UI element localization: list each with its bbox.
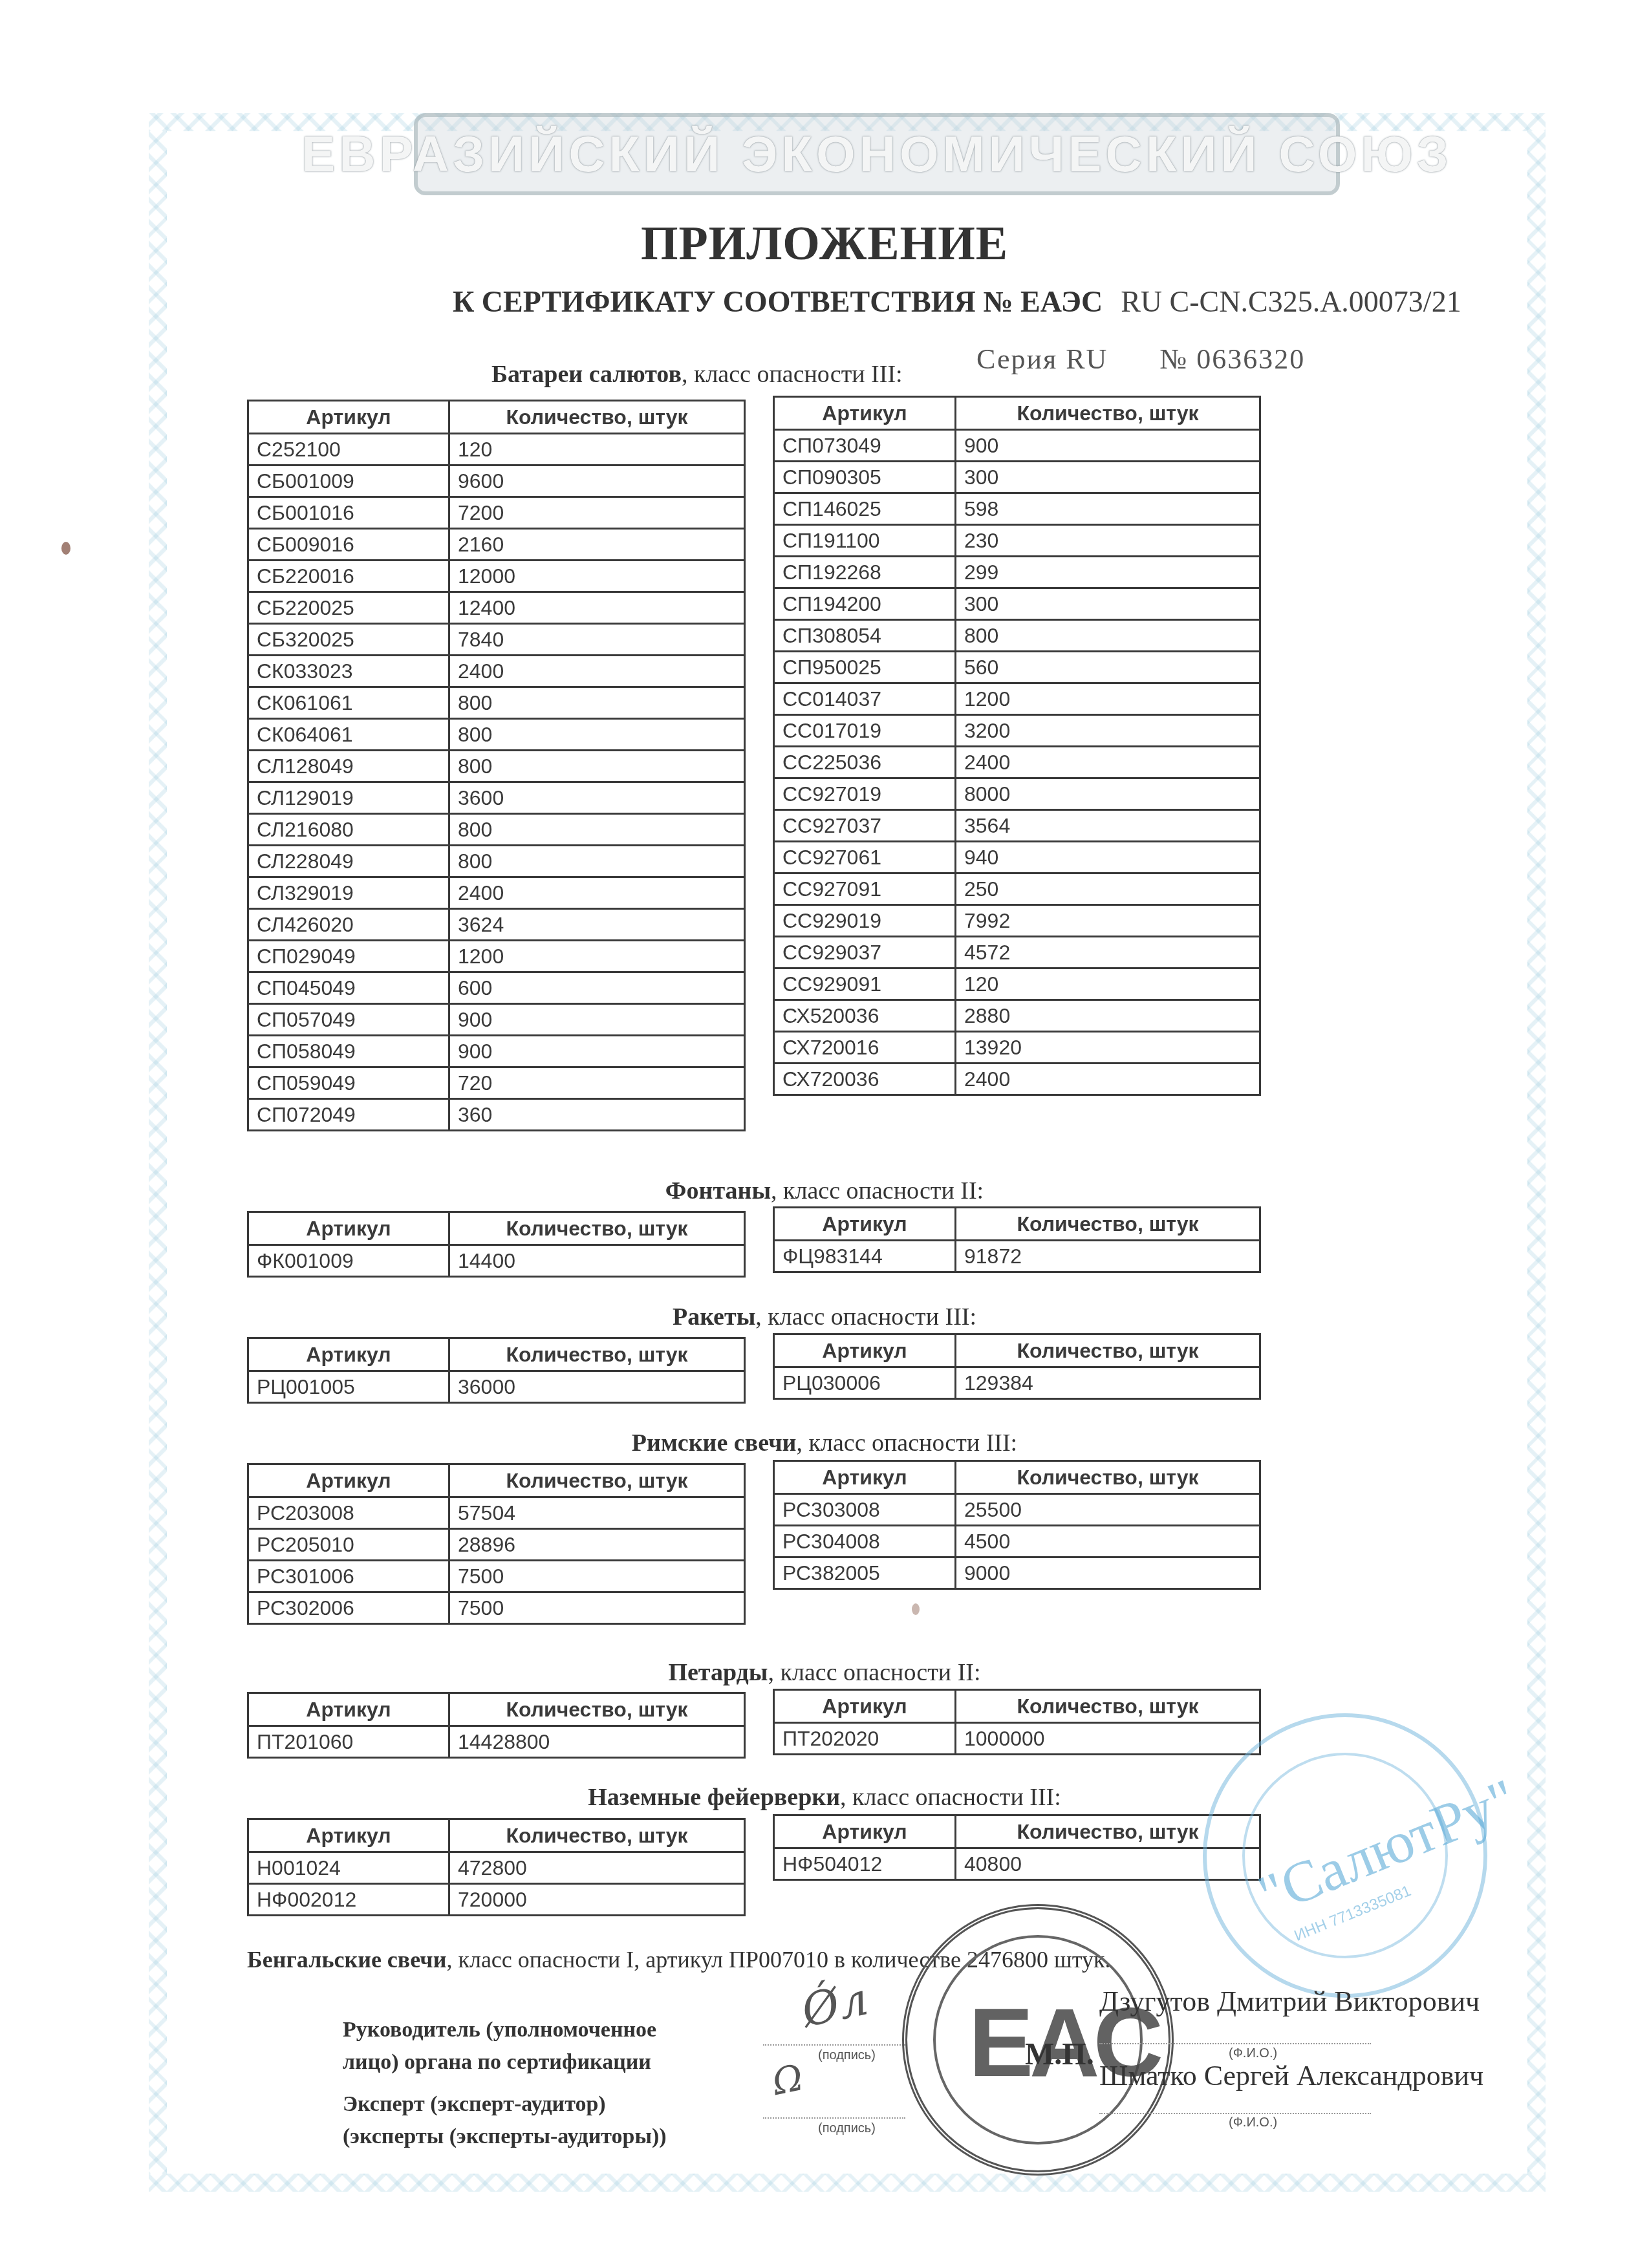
table-row: РЦ00100536000 — [248, 1371, 745, 1403]
article-cell: СБ220025 — [248, 592, 449, 624]
article-cell: ПТ202020 — [774, 1723, 956, 1755]
quantity-cell: 8000 — [956, 778, 1260, 810]
quantity-cell: 800 — [449, 751, 745, 782]
quantity-cell: 800 — [449, 814, 745, 846]
table-row: РС3040084500 — [774, 1526, 1260, 1557]
column-header-article: Артикул — [248, 1212, 449, 1245]
table-row: РС20300857504 — [248, 1497, 745, 1529]
column-header-article: Артикул — [248, 401, 449, 434]
quantity-cell: 900 — [449, 1036, 745, 1067]
table-row: СП045049600 — [248, 972, 745, 1004]
head-label: Руководитель (уполномоченное лицо) орган… — [343, 2014, 656, 2079]
table-row: СЛ228049800 — [248, 846, 745, 877]
certificate-number: RU C-CN.C325.A.00073/21 — [1121, 285, 1461, 318]
quantity-cell: 1200 — [449, 941, 745, 972]
article-cell: ПТ201060 — [248, 1726, 449, 1758]
table-row: СС927061940 — [774, 842, 1260, 873]
column-header-article: Артикул — [774, 1815, 956, 1848]
article-cell: ФК001009 — [248, 1245, 449, 1277]
quantity-cell: 2400 — [449, 656, 745, 687]
quantity-cell: 7200 — [449, 497, 745, 529]
article-cell: СБ001016 — [248, 497, 449, 529]
eaeu-banner: Евразийский экономический союз — [414, 113, 1340, 195]
quantity-cell: 120 — [449, 434, 745, 465]
article-cell: СС927091 — [774, 873, 956, 905]
batteries-table-left: АртикулКоличество, штукС252100120СБ00100… — [247, 400, 746, 1131]
quantity-cell: 13920 — [956, 1032, 1260, 1064]
quantity-cell: 900 — [956, 430, 1260, 462]
firecrackers-table-right: АртикулКоличество, штукПТ2020201000000 — [773, 1689, 1261, 1755]
quantity-cell: 14400 — [449, 1245, 745, 1277]
article-cell: СП057049 — [248, 1004, 449, 1036]
table-row: СП090305300 — [774, 462, 1260, 493]
firecrackers-table-left: АртикулКоличество, штукПТ20106014428800 — [247, 1692, 746, 1759]
article-cell: СС929037 — [774, 937, 956, 968]
fountains-table-left: АртикулКоличество, штукФК00100914400 — [247, 1211, 746, 1278]
head-full-name: Дзугутов Дмитрий Викторович — [1099, 1985, 1480, 2018]
table-row: СС929091120 — [774, 968, 1260, 1000]
section-title-rockets: Ракеты, класс опасности III: — [0, 1303, 1649, 1331]
table-row: СС0140371200 — [774, 683, 1260, 715]
column-header-quantity: Количество, штук — [956, 1690, 1260, 1723]
article-cell: СЛ128049 — [248, 751, 449, 782]
fountains-table-right: АртикулКоличество, штукФЦ98314491872 — [773, 1206, 1261, 1273]
article-cell: Н001024 — [248, 1852, 449, 1884]
table-header-row: АртикулКоличество, штук — [248, 1693, 745, 1726]
article-cell: СС014037 — [774, 683, 956, 715]
table-row: НФ002012720000 — [248, 1884, 745, 1916]
table-header-row: АртикулКоличество, штук — [774, 1690, 1260, 1723]
quantity-cell: 3564 — [956, 810, 1260, 842]
article-cell: СП072049 — [248, 1099, 449, 1131]
table-header-row: АртикулКоличество, штук — [248, 401, 745, 434]
article-cell: СБ009016 — [248, 529, 449, 561]
article-cell: СБ320025 — [248, 624, 449, 656]
certificate-reference: К СЕРТИФИКАТУ СООТВЕТСТВИЯ № ЕАЭСRU C-CN… — [453, 284, 1461, 319]
article-cell: РС301006 — [248, 1561, 449, 1592]
ground-fireworks-table-right: АртикулКоличество, штукНФ50401240800 — [773, 1814, 1261, 1881]
table-row: СС9290197992 — [774, 905, 1260, 937]
quantity-cell: 9600 — [449, 465, 745, 497]
table-header-row: АртикулКоличество, штук — [248, 1212, 745, 1245]
table-row: ФЦ98314491872 — [774, 1241, 1260, 1272]
quantity-cell: 4500 — [956, 1526, 1260, 1557]
table-row: С252100120 — [248, 434, 745, 465]
column-header-quantity: Количество, штук — [449, 1819, 745, 1852]
head-signature-caption: (подпись) — [818, 2048, 876, 2063]
table-header-row: АртикулКоличество, штук — [248, 1464, 745, 1497]
ground-fireworks-table-left: АртикулКоличество, штукН001024472800НФ00… — [247, 1818, 746, 1916]
series-value: № 0636320 — [1159, 343, 1305, 375]
quantity-cell: 129384 — [956, 1367, 1260, 1399]
table-row: СЛ1290193600 — [248, 782, 745, 814]
quantity-cell: 360 — [449, 1099, 745, 1131]
expert-full-name: Шматко Сергей Александрович — [1099, 2059, 1483, 2092]
quantity-cell: 720000 — [449, 1884, 745, 1916]
table-row: РЦ030006129384 — [774, 1367, 1260, 1399]
article-cell: СП059049 — [248, 1067, 449, 1099]
article-cell: СК064061 — [248, 719, 449, 751]
scan-speck — [61, 542, 70, 555]
article-cell: СС017019 — [774, 715, 956, 747]
article-cell: СП950025 — [774, 652, 956, 683]
quantity-cell: 57504 — [449, 1497, 745, 1529]
table-row: ПТ20106014428800 — [248, 1726, 745, 1758]
series-label: Серия RU — [976, 343, 1108, 375]
table-header-row: АртикулКоличество, штук — [774, 1461, 1260, 1494]
table-row: РС3010067500 — [248, 1561, 745, 1592]
table-row: ФК00100914400 — [248, 1245, 745, 1277]
table-row: СБ22002512400 — [248, 592, 745, 624]
column-header-quantity: Количество, штук — [449, 1338, 745, 1371]
article-cell: СС929091 — [774, 968, 956, 1000]
company-stamp: "СалютРу" ИНН 7713335081 — [1203, 1713, 1487, 1998]
table-header-row: АртикулКоличество, штук — [774, 1334, 1260, 1367]
column-header-quantity: Количество, штук — [956, 1208, 1260, 1241]
batteries-table-right: АртикулКоличество, штукСП073049900СП0903… — [773, 396, 1261, 1096]
quantity-cell: 7500 — [449, 1561, 745, 1592]
article-cell: СЛ129019 — [248, 782, 449, 814]
article-cell: СС225036 — [774, 747, 956, 778]
article-cell: СЛ228049 — [248, 846, 449, 877]
table-row: СБ0010099600 — [248, 465, 745, 497]
roman-candles-table-right: АртикулКоличество, штукРС30300825500РС30… — [773, 1460, 1261, 1590]
quantity-cell: 36000 — [449, 1371, 745, 1403]
quantity-cell: 720 — [449, 1067, 745, 1099]
table-row: СК061061800 — [248, 687, 745, 719]
quantity-cell: 12400 — [449, 592, 745, 624]
table-row: СХ5200362880 — [774, 1000, 1260, 1032]
column-header-article: Артикул — [248, 1819, 449, 1852]
article-cell: НФ504012 — [774, 1848, 956, 1880]
column-header-article: Артикул — [248, 1693, 449, 1726]
column-header-article: Артикул — [774, 397, 956, 430]
article-cell: С252100 — [248, 434, 449, 465]
section-title-roman-candles: Римские свечи, класс опасности III: — [0, 1429, 1649, 1457]
table-row: СП059049720 — [248, 1067, 745, 1099]
quantity-cell: 2400 — [956, 1064, 1260, 1095]
table-row: Н001024472800 — [248, 1852, 745, 1884]
quantity-cell: 250 — [956, 873, 1260, 905]
quantity-cell: 120 — [956, 968, 1260, 1000]
article-cell: СХ720036 — [774, 1064, 956, 1095]
expert-name-caption: (Ф.И.О.) — [1229, 2115, 1277, 2130]
table-row: СК064061800 — [248, 719, 745, 751]
quantity-cell: 600 — [449, 972, 745, 1004]
article-cell: СБ001009 — [248, 465, 449, 497]
table-row: РС3020067500 — [248, 1592, 745, 1624]
column-header-article: Артикул — [774, 1334, 956, 1367]
section-title-fountains: Фонтаны, класс опасности II: — [0, 1177, 1649, 1205]
quantity-cell: 300 — [956, 462, 1260, 493]
article-cell: РС205010 — [248, 1529, 449, 1561]
quantity-cell: 7500 — [449, 1592, 745, 1624]
table-header-row: АртикулКоличество, штук — [248, 1338, 745, 1371]
article-cell: РС303008 — [774, 1494, 956, 1526]
article-cell: РС203008 — [248, 1497, 449, 1529]
table-row: СП072049360 — [248, 1099, 745, 1131]
quantity-cell: 4572 — [956, 937, 1260, 968]
table-row: СС0170193200 — [774, 715, 1260, 747]
column-header-quantity: Количество, штук — [449, 1693, 745, 1726]
article-cell: СК033023 — [248, 656, 449, 687]
table-row: РС3820059000 — [774, 1557, 1260, 1589]
quantity-cell: 14428800 — [449, 1726, 745, 1758]
rockets-table-right: АртикулКоличество, штукРЦ030006129384 — [773, 1333, 1261, 1400]
expert-label: Эксперт (эксперт-аудитор) (эксперты (экс… — [343, 2088, 667, 2153]
column-header-quantity: Количество, штук — [956, 1334, 1260, 1367]
seal-place-label: М.П. — [1025, 2037, 1094, 2072]
expert-signature-line — [763, 2117, 905, 2119]
article-cell: СП073049 — [774, 430, 956, 462]
quantity-cell: 800 — [449, 719, 745, 751]
table-row: СП057049900 — [248, 1004, 745, 1036]
table-row: СХ72001613920 — [774, 1032, 1260, 1064]
article-cell: СП029049 — [248, 941, 449, 972]
article-cell: СП058049 — [248, 1036, 449, 1067]
quantity-cell: 299 — [956, 557, 1260, 588]
quantity-cell: 800 — [449, 846, 745, 877]
table-row: СЛ128049800 — [248, 751, 745, 782]
column-header-quantity: Количество, штук — [956, 1461, 1260, 1494]
quantity-cell: 91872 — [956, 1241, 1260, 1272]
table-row: СП950025560 — [774, 652, 1260, 683]
column-header-article: Артикул — [774, 1461, 956, 1494]
roman-candles-table-left: АртикулКоличество, штукРС20300857504РС20… — [247, 1463, 746, 1625]
table-row: СП308054800 — [774, 620, 1260, 652]
table-row: РС30300825500 — [774, 1494, 1260, 1526]
quantity-cell: 900 — [449, 1004, 745, 1036]
table-row: СС927091250 — [774, 873, 1260, 905]
article-cell: СС927019 — [774, 778, 956, 810]
article-cell: СП191100 — [774, 525, 956, 557]
quantity-cell: 598 — [956, 493, 1260, 525]
table-row: СП073049900 — [774, 430, 1260, 462]
quantity-cell: 472800 — [449, 1852, 745, 1884]
table-row: СЛ4260203624 — [248, 909, 745, 941]
table-row: ПТ2020201000000 — [774, 1723, 1260, 1755]
table-row: СЛ216080800 — [248, 814, 745, 846]
certificate-label: К СЕРТИФИКАТУ СООТВЕТСТВИЯ № ЕАЭС — [453, 285, 1103, 318]
head-signature-line — [763, 2044, 905, 2046]
article-cell: РЦ030006 — [774, 1367, 956, 1399]
table-row: СП058049900 — [248, 1036, 745, 1067]
head-name-line — [1099, 2043, 1371, 2044]
table-row: СП191100230 — [774, 525, 1260, 557]
table-row: СК0330232400 — [248, 656, 745, 687]
article-cell: РЦ001005 — [248, 1371, 449, 1403]
quantity-cell: 25500 — [956, 1494, 1260, 1526]
quantity-cell: 3600 — [449, 782, 745, 814]
quantity-cell: 940 — [956, 842, 1260, 873]
article-cell: СХ720016 — [774, 1032, 956, 1064]
article-cell: СП045049 — [248, 972, 449, 1004]
table-header-row: АртикулКоличество, штук — [774, 1815, 1260, 1848]
table-row: НФ50401240800 — [774, 1848, 1260, 1880]
column-header-article: Артикул — [774, 1690, 956, 1723]
table-row: СБ0090162160 — [248, 529, 745, 561]
article-cell: СБ220016 — [248, 561, 449, 592]
scan-speck — [912, 1603, 920, 1615]
table-row: СП194200300 — [774, 588, 1260, 620]
column-header-article: Артикул — [774, 1208, 956, 1241]
article-cell: СЛ329019 — [248, 877, 449, 909]
article-cell: РС304008 — [774, 1526, 956, 1557]
quantity-cell: 9000 — [956, 1557, 1260, 1589]
quantity-cell: 2400 — [956, 747, 1260, 778]
table-row: СБ0010167200 — [248, 497, 745, 529]
article-cell: СС929019 — [774, 905, 956, 937]
article-cell: СЛ216080 — [248, 814, 449, 846]
column-header-article: Артикул — [248, 1464, 449, 1497]
article-cell: СЛ426020 — [248, 909, 449, 941]
article-cell: ФЦ983144 — [774, 1241, 956, 1272]
article-cell: РС382005 — [774, 1557, 956, 1589]
table-row: РС20501028896 — [248, 1529, 745, 1561]
article-cell: СХ520036 — [774, 1000, 956, 1032]
article-cell: РС302006 — [248, 1592, 449, 1624]
series-number: Серия RU№ 0636320 — [976, 343, 1305, 376]
quantity-cell: 2160 — [449, 529, 745, 561]
table-header-row: АртикулКоличество, штук — [774, 1208, 1260, 1241]
article-cell: СС927061 — [774, 842, 956, 873]
quantity-cell: 300 — [956, 588, 1260, 620]
article-cell: СП146025 — [774, 493, 956, 525]
quantity-cell: 3624 — [449, 909, 745, 941]
quantity-cell: 800 — [956, 620, 1260, 652]
article-cell: НФ002012 — [248, 1884, 449, 1916]
quantity-cell: 1000000 — [956, 1723, 1260, 1755]
article-cell: СК061061 — [248, 687, 449, 719]
quantity-cell: 1200 — [956, 683, 1260, 715]
table-row: СЛ3290192400 — [248, 877, 745, 909]
article-cell: СП192268 — [774, 557, 956, 588]
table-row: СП192268299 — [774, 557, 1260, 588]
section-title-firecrackers: Петарды, класс опасности II: — [0, 1658, 1649, 1687]
article-cell: СС927037 — [774, 810, 956, 842]
quantity-cell: 7840 — [449, 624, 745, 656]
rockets-table-left: АртикулКоличество, штукРЦ00100536000 — [247, 1337, 746, 1404]
quantity-cell: 3200 — [956, 715, 1260, 747]
column-header-quantity: Количество, штук — [956, 397, 1260, 430]
table-header-row: АртикулКоличество, штук — [774, 397, 1260, 430]
table-row: СС9270373564 — [774, 810, 1260, 842]
quantity-cell: 230 — [956, 525, 1260, 557]
table-header-row: АртикулКоличество, штук — [248, 1819, 745, 1852]
table-row: СБ3200257840 — [248, 624, 745, 656]
article-cell: СП308054 — [774, 620, 956, 652]
section-title-batteries: Батареи салютов, класс опасности III: — [491, 360, 903, 389]
quantity-cell: 800 — [449, 687, 745, 719]
page-title: ПРИЛОЖЕНИЕ — [0, 217, 1649, 272]
quantity-cell: 12000 — [449, 561, 745, 592]
table-row: СС9270198000 — [774, 778, 1260, 810]
article-cell: СП090305 — [774, 462, 956, 493]
column-header-article: Артикул — [248, 1338, 449, 1371]
quantity-cell: 28896 — [449, 1529, 745, 1561]
table-row: СБ22001612000 — [248, 561, 745, 592]
column-header-quantity: Количество, штук — [449, 1212, 745, 1245]
article-cell: СП194200 — [774, 588, 956, 620]
expert-signature-caption: (подпись) — [818, 2121, 876, 2136]
table-row: СП146025598 — [774, 493, 1260, 525]
quantity-cell: 2400 — [449, 877, 745, 909]
column-header-quantity: Количество, штук — [449, 1464, 745, 1497]
table-row: СХ7200362400 — [774, 1064, 1260, 1095]
table-row: СС2250362400 — [774, 747, 1260, 778]
column-header-quantity: Количество, штук — [449, 401, 745, 434]
quantity-cell: 7992 — [956, 905, 1260, 937]
quantity-cell: 2880 — [956, 1000, 1260, 1032]
quantity-cell: 560 — [956, 652, 1260, 683]
table-row: СП0290491200 — [248, 941, 745, 972]
expert-name-line — [1099, 2113, 1371, 2114]
table-row: СС9290374572 — [774, 937, 1260, 968]
